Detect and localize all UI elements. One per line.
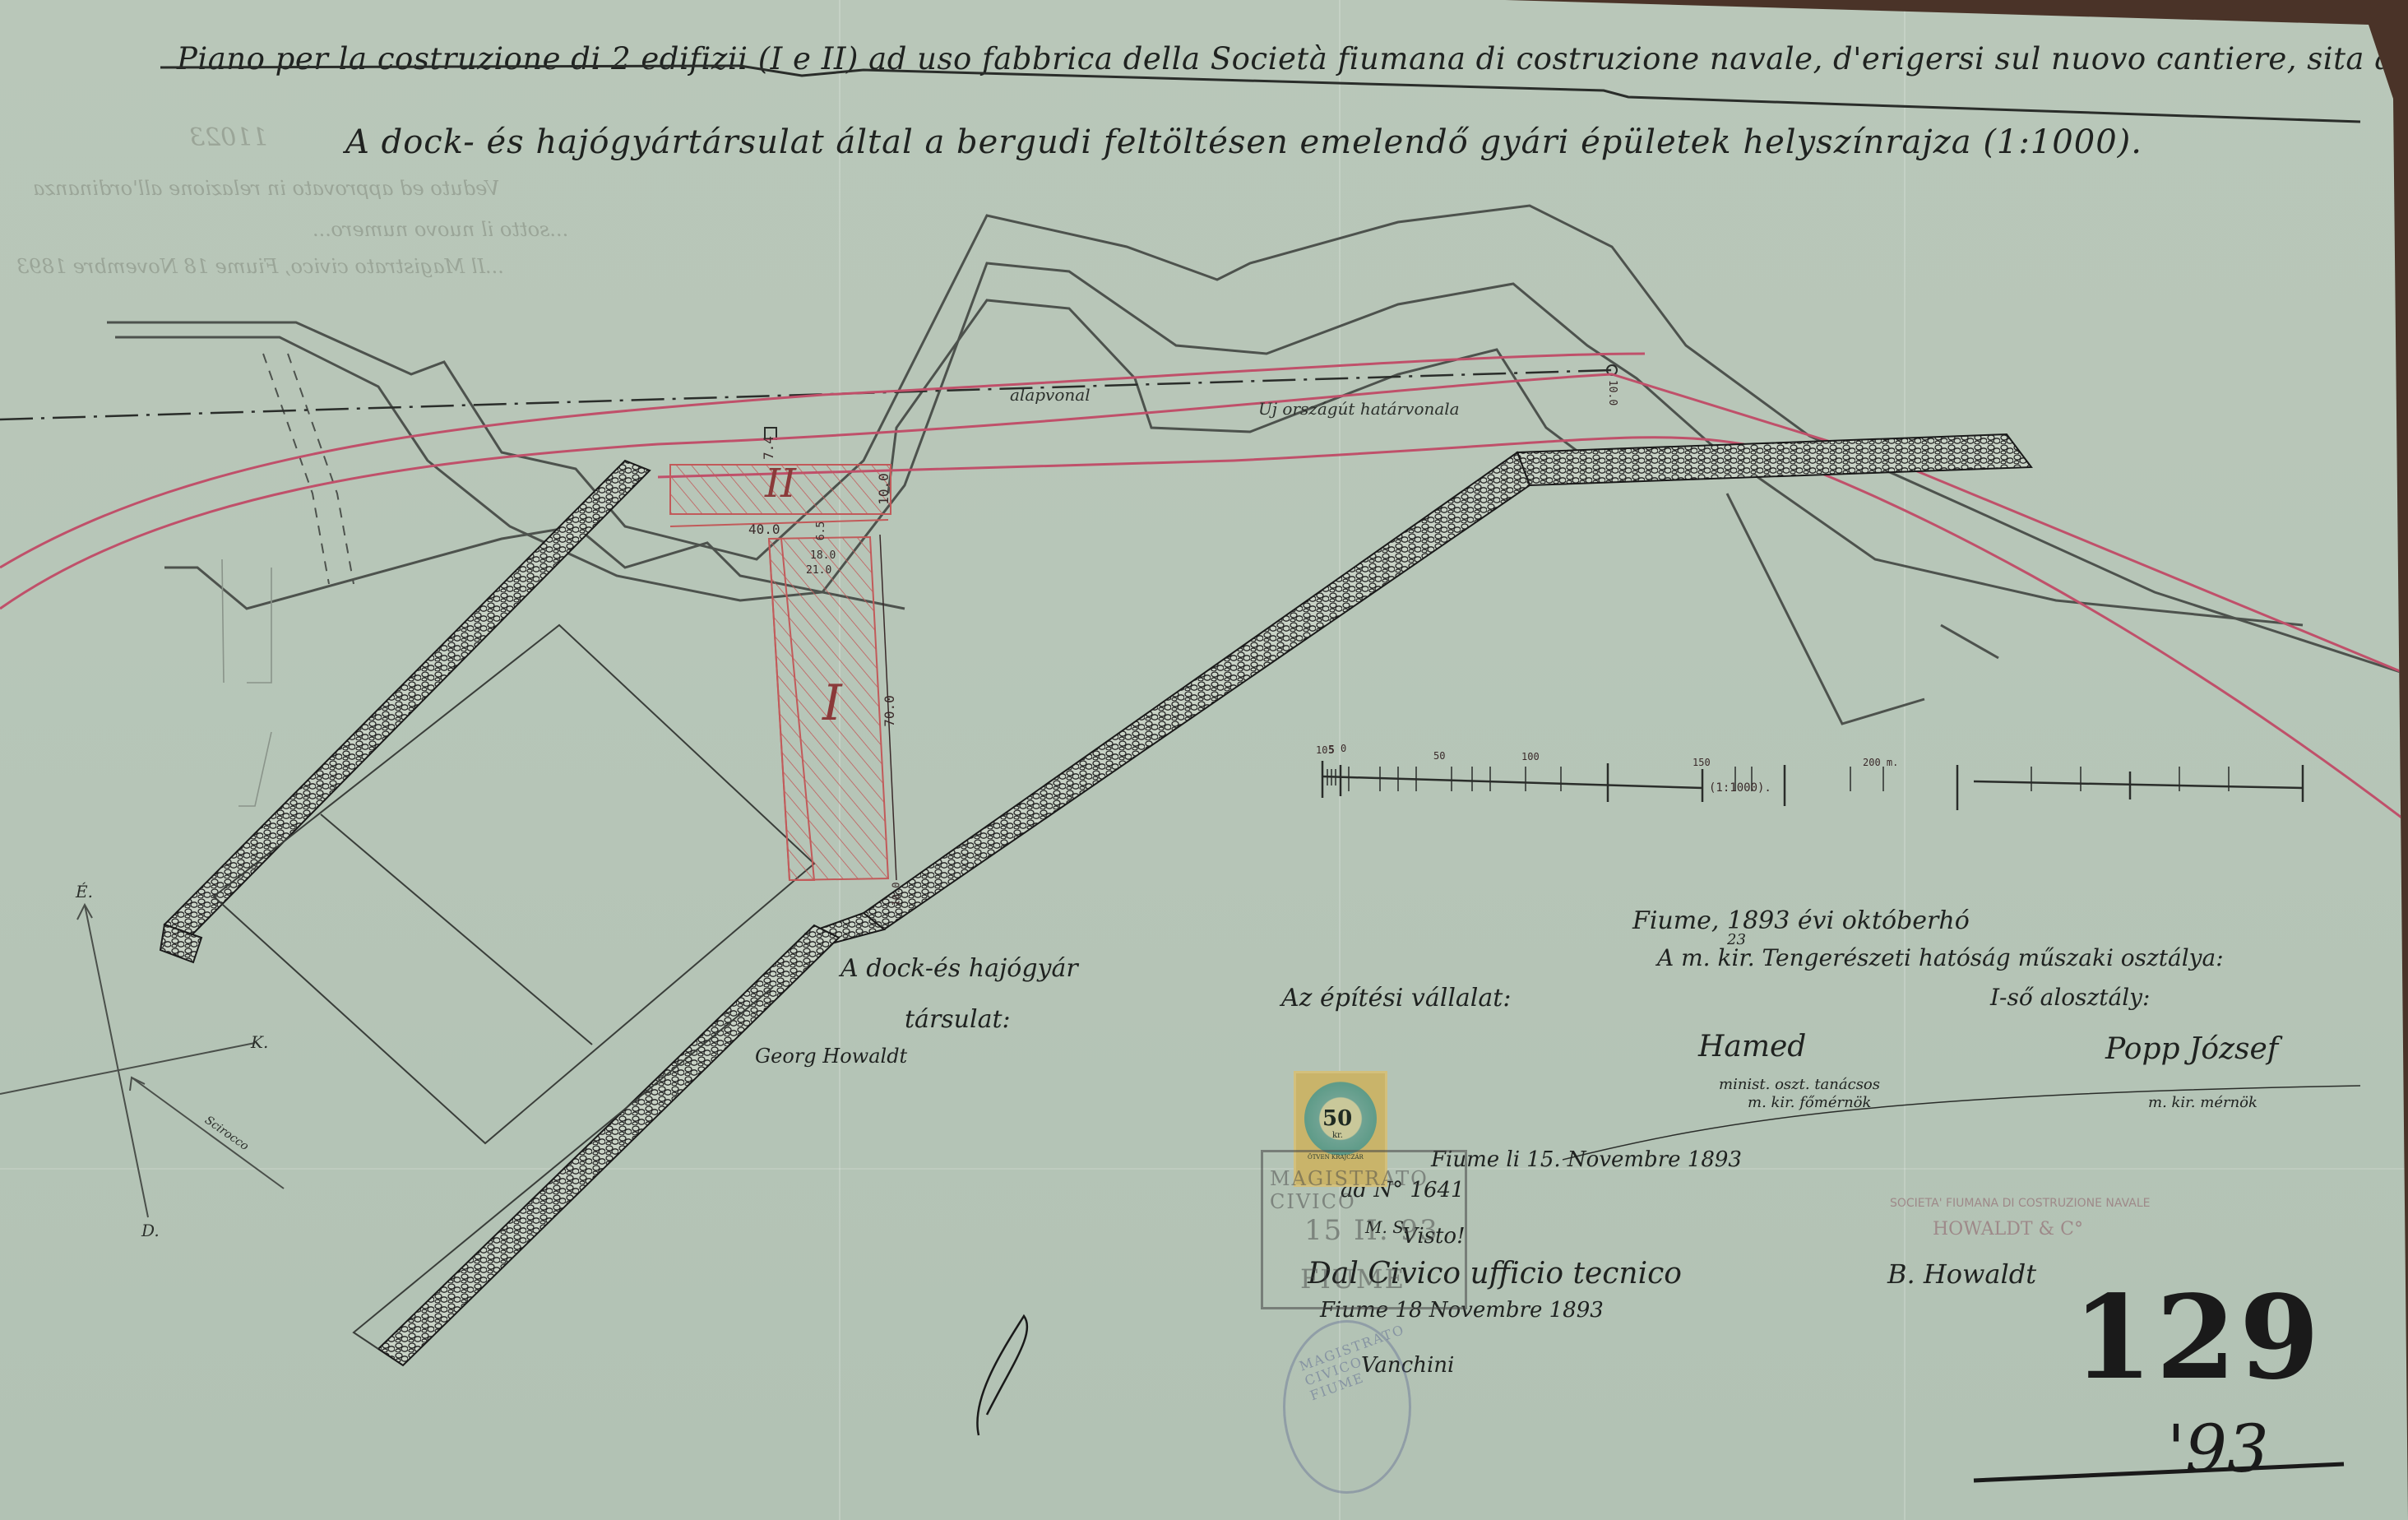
- box-stamp-line3: FIUME: [1300, 1263, 1405, 1295]
- baseline-label: alapvonal: [1010, 385, 1091, 405]
- signature-hamed: Hamed: [1698, 1030, 1806, 1064]
- compass-south-label: D.: [141, 1221, 160, 1240]
- scale-tick-150: 150: [1693, 757, 1711, 768]
- howaldt-stamp-line2: HOWALDT & C°: [1933, 1219, 2083, 1240]
- scale-tick-10: 10: [1316, 744, 1327, 756]
- compass-north-label: É.: [76, 882, 93, 901]
- map-sheet: Piano per la costruzione di 2 edifizii (…: [0, 0, 2408, 1520]
- dim-b2-depth: 10.0: [876, 473, 891, 505]
- round-stamp-text: MAGISTRATO CIVICO FIUME: [1297, 1322, 1418, 1404]
- scale-tick-0: 0: [1341, 743, 1346, 754]
- scale-ratio: (1:1000).: [1709, 781, 1771, 795]
- dim-b1-outer: 21.0: [806, 564, 831, 577]
- revenue-unit: kr.: [1332, 1131, 1343, 1140]
- scale-tick-200: 200 m.: [1863, 757, 1898, 768]
- dim-b2-width: 40.0: [748, 521, 780, 537]
- revenue-value: 50: [1322, 1106, 1352, 1131]
- company-label-1: A dock-és hajógyár: [840, 954, 1078, 983]
- box-stamp-line2: 15 II. 93: [1304, 1214, 1439, 1247]
- dim-b1-length: 70.0: [882, 695, 897, 727]
- building-2-label: II: [765, 461, 796, 507]
- company-signature: Georg Howaldt: [755, 1045, 907, 1068]
- contractor-label: Az építési vállalat:: [1281, 984, 1511, 1013]
- dim-b2-offset: 7.4: [761, 436, 776, 460]
- road-boundary-label: Uj országút határvonala: [1258, 399, 1460, 419]
- signer-2-title: m. kir. mérnök: [2148, 1094, 2257, 1111]
- scale-tick-5: 5: [1328, 744, 1335, 757]
- dim-gap: 6.5: [815, 521, 827, 540]
- scale-tick-100: 100: [1521, 751, 1540, 762]
- building-1-label: I: [822, 674, 842, 732]
- archive-year: '93: [2167, 1411, 2269, 1487]
- signer-1-title: minist. oszt. tanácsos: [1719, 1076, 1880, 1093]
- signer-mid-title: m. kir. főmérnök: [1748, 1094, 1871, 1111]
- archive-number: 129: [2072, 1271, 2322, 1406]
- fiume-date: Fiume li 15. Novembre 1893: [1431, 1147, 1742, 1172]
- dim-road-marker: 10.0: [1606, 380, 1618, 405]
- subdivision-label: I-ső alosztály:: [1990, 984, 2150, 1011]
- magistrate-box-stamp: MAGISTRATO CIVICO 15 II. 93 FIUME: [1261, 1150, 1467, 1309]
- compass-east-label: K.: [251, 1032, 268, 1052]
- box-stamp-line1: MAGISTRATO CIVICO: [1270, 1167, 1465, 1213]
- howaldt-stamp-line1: SOCIETA' FIUMANA DI COSTRUZIONE NAVALE: [1890, 1197, 2150, 1210]
- scale-tick-50: 50: [1433, 750, 1445, 762]
- company-label-2: társulat:: [905, 1005, 1011, 1034]
- site-plan-drawing: [0, 0, 2408, 1520]
- signature-popp: Popp József: [2105, 1032, 2278, 1066]
- date-line: Fiume, 1893 évi októberhó: [1632, 906, 1970, 935]
- howaldt-signature: B. Howaldt: [1887, 1258, 2036, 1290]
- authority-line: A m. kir. Tengerészeti hatóság műszaki o…: [1657, 944, 2224, 971]
- dim-b1-inner: 18.0: [810, 549, 836, 562]
- dim-b1-bottom: 10.0: [890, 883, 901, 906]
- round-civic-stamp: MAGISTRATO CIVICO FIUME: [1283, 1320, 1411, 1494]
